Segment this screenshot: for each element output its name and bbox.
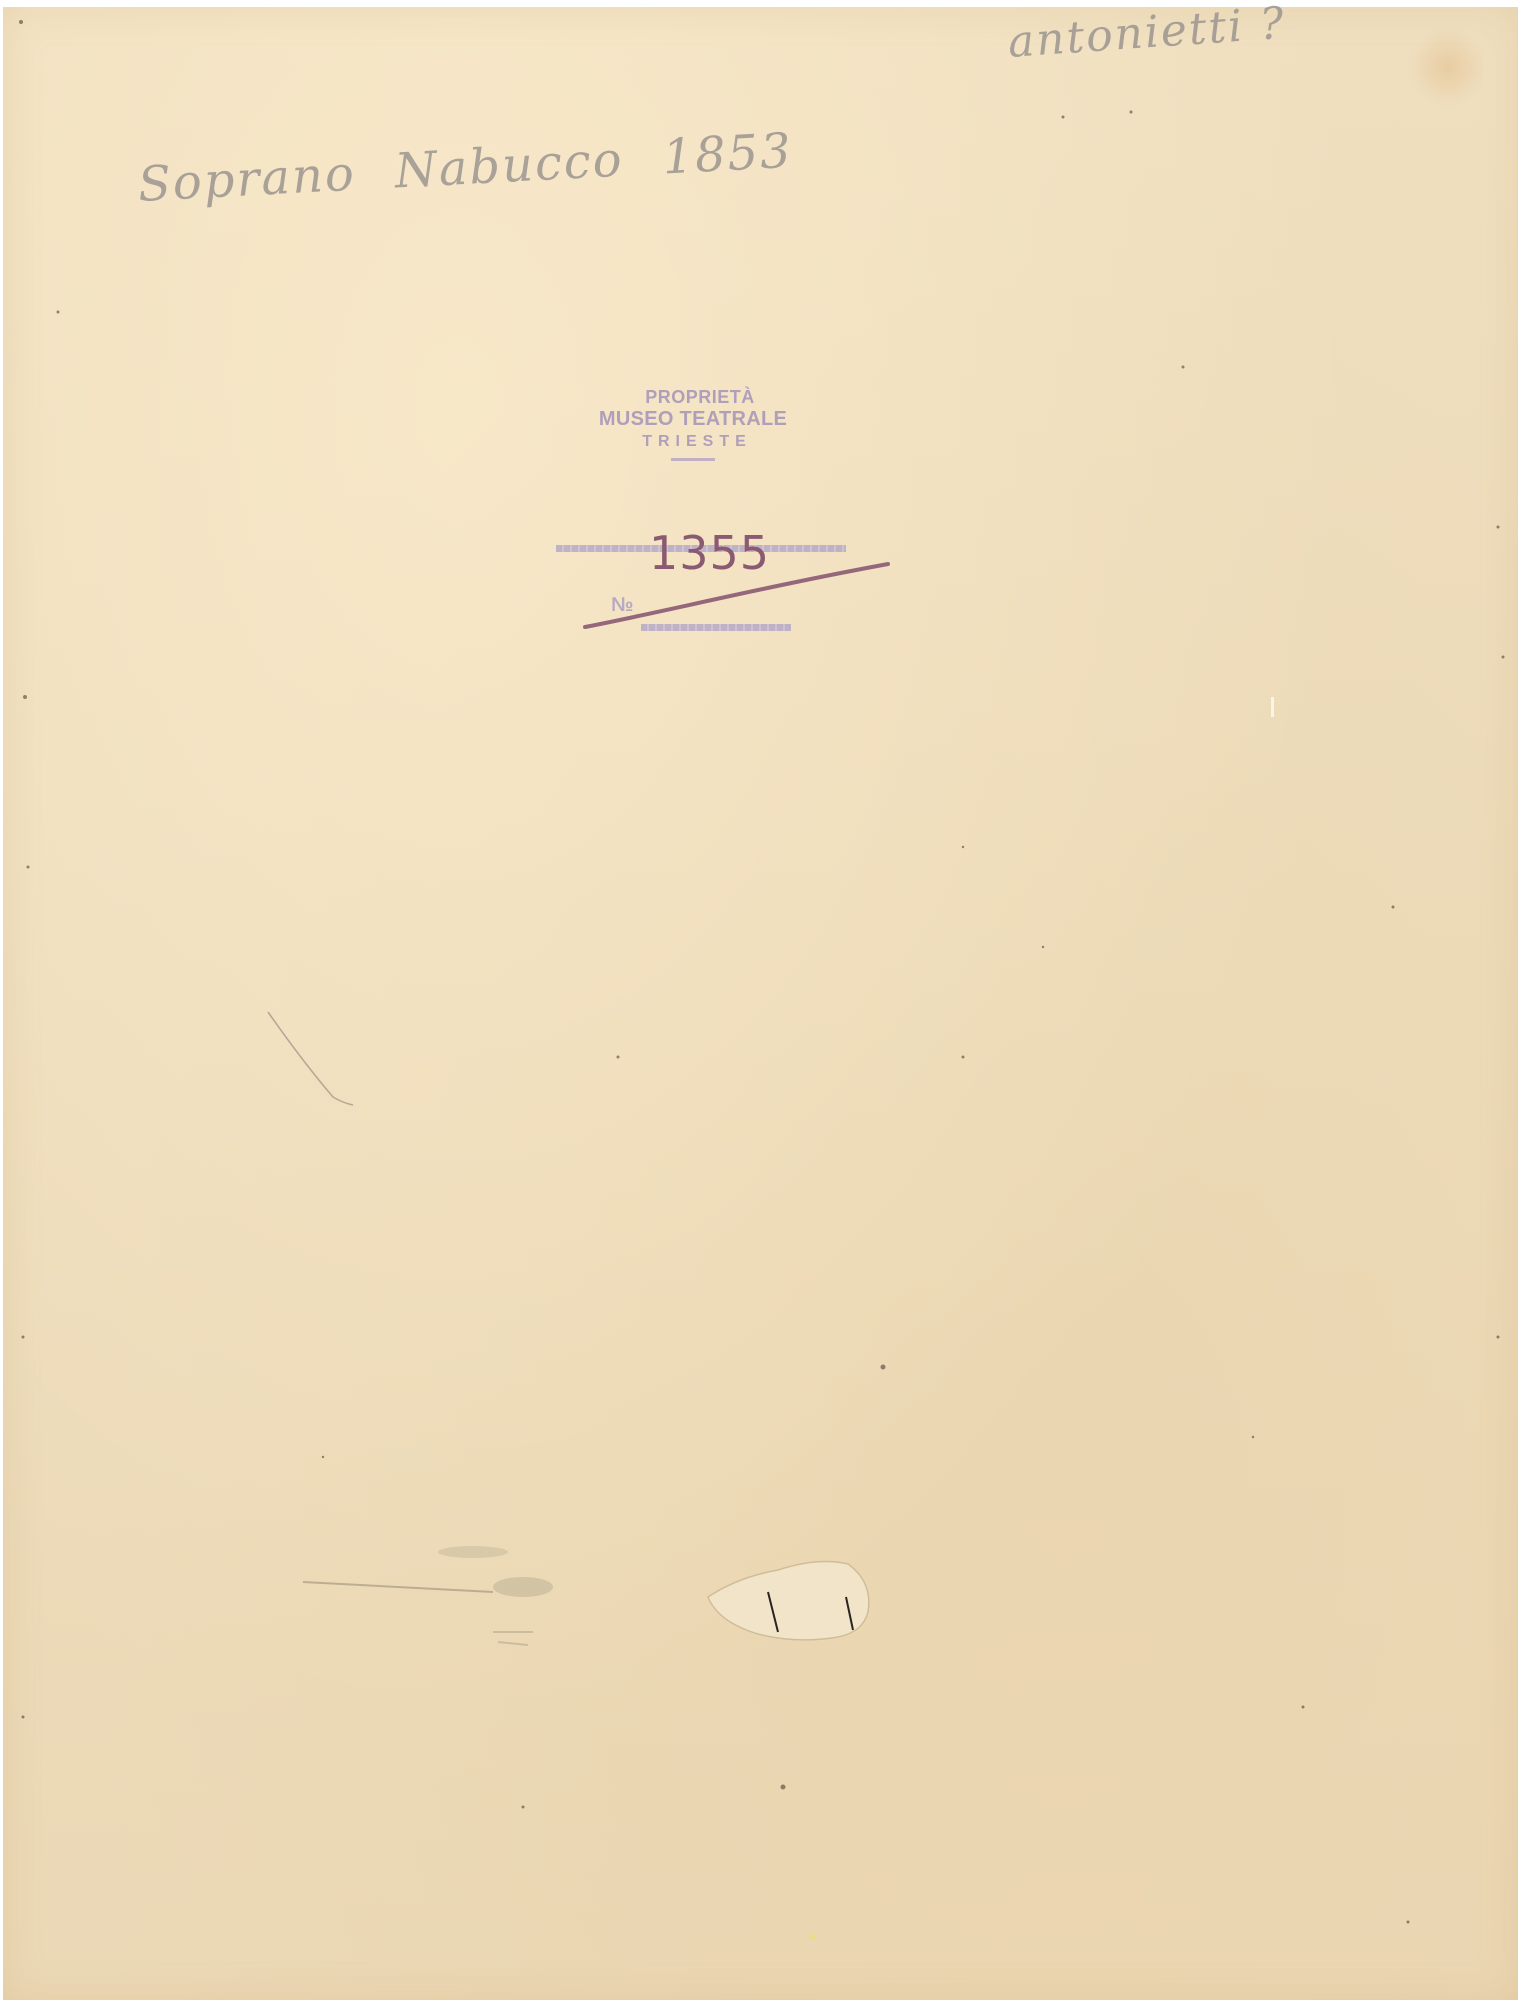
stamp-line-proprieta: PROPRIETÀ [558,387,828,408]
stamp-bar-bottom [641,624,791,631]
stamp-rule [671,458,715,461]
document-sheet: antonietti ? Soprano Nabucco 1853 PROPRI… [3,7,1518,2000]
paper-texture [3,7,1518,2000]
pencil-annotation-name: antonietti ? [1006,0,1287,68]
pencil-annotation-caption: Soprano Nabucco 1853 [137,123,795,213]
smudge-mark [293,1537,573,1657]
stamp-line-museum: MUSEO TEATRALE [558,408,828,431]
glue-residue-stain [698,1552,878,1647]
inventory-number-stamp: № 1355 [543,522,903,642]
stamp-line-city: TRIESTE [558,431,828,452]
pencil-scratch-mark [263,1007,363,1107]
museum-ownership-stamp: PROPRIETÀ MUSEO TEATRALE TRIESTE [558,387,828,461]
